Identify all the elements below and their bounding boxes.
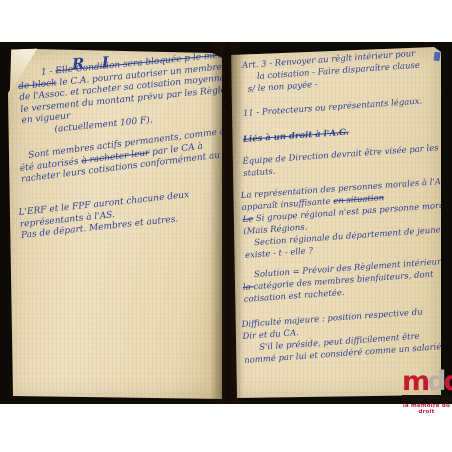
handwritten-text: 11 - Protecteurs ou représentants légaux… bbox=[243, 96, 423, 119]
left-page-text: 1 - Elle Condition sera bloquée p le mem… bbox=[20, 70, 220, 242]
right-page-text: Art. 3 - Renvoyer au règlt intérieur pou… bbox=[243, 60, 437, 367]
handwritten-text: 1 - bbox=[41, 66, 56, 77]
handwritten-paragraph: 1 - Elle Condition sera bloquée p le mem… bbox=[17, 51, 223, 139]
handwritten-paragraph: Liés à un droit à l'A.G. bbox=[243, 120, 437, 146]
handwritten-paragraph: L'ERF et le FPF auront chacune deuxrepré… bbox=[18, 187, 221, 242]
handwritten-text: s/ le non payée - bbox=[247, 80, 318, 95]
handwritten-paragraph: Sont membres actifs permanents, comme ay… bbox=[18, 128, 221, 187]
handwritten-line: 11 - Protecteurs ou représentants légaux… bbox=[243, 94, 437, 120]
mdd-logo-letters: mdd bbox=[402, 369, 451, 394]
struck-text: Le bbox=[242, 214, 253, 225]
handwritten-paragraph: La représentation des personnes morales … bbox=[240, 177, 439, 262]
left-page: R I 1 - Elle Condition sera bloquée p le… bbox=[8, 49, 222, 399]
handwritten-paragraph: Équipe de Direction devrait être visée p… bbox=[242, 142, 437, 179]
mdd-letter-m: m bbox=[402, 366, 427, 397]
handwritten-paragraph: 11 - Protecteurs ou représentants légaux… bbox=[243, 94, 437, 120]
manuscript-photo: R I 1 - Elle Condition sera bloquée p le… bbox=[0, 42, 452, 404]
handwritten-text: existe - t - elle ? bbox=[245, 246, 314, 261]
handwritten-paragraph: Difficulté majeure : position respective… bbox=[241, 306, 438, 367]
handwritten-line: Liés à un droit à l'A.G. bbox=[243, 120, 437, 146]
handwritten-paragraph: Solution = Prévoir des Règlement intérie… bbox=[242, 257, 438, 306]
logo-tagline: la mémoire du droit bbox=[402, 403, 451, 415]
mdd-letter-d2: d bbox=[443, 366, 452, 397]
mdd-letter-d1: d bbox=[427, 366, 443, 397]
struck-text: la bbox=[243, 282, 254, 293]
ink-corner-mark bbox=[433, 52, 440, 62]
right-page: Art. 3 - Renvoyer au règlt intérieur pou… bbox=[231, 47, 441, 398]
handwritten-text: statuts. bbox=[243, 167, 276, 179]
handwritten-paragraph: Art. 3 - Renvoyer au règlt intérieur pou… bbox=[242, 47, 438, 96]
mdd-logo: mdd la mémoire du droit bbox=[402, 369, 451, 415]
struck-text: Liés à un droit à l'A.G. bbox=[243, 128, 350, 145]
